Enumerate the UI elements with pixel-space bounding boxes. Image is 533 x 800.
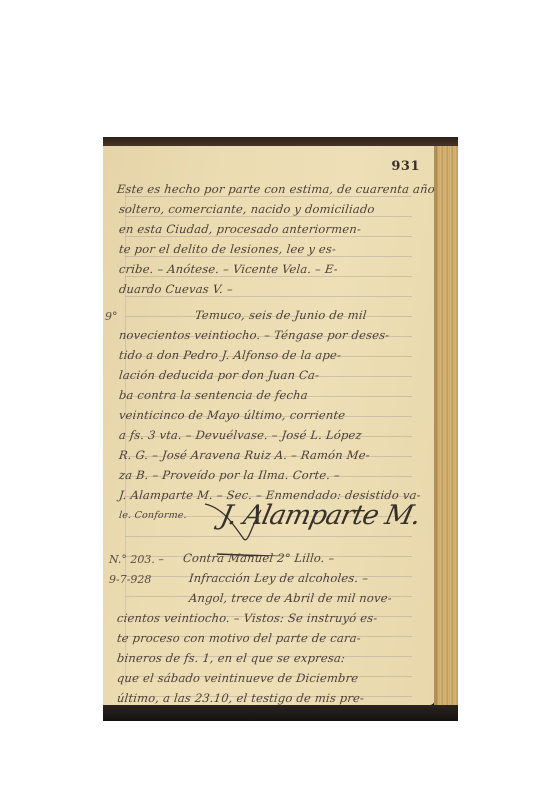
entry-3-line: que el sábado veintinueve de Diciembre [116, 671, 359, 685]
entry-3-line: Angol, trece de Abril de mil nove- [188, 591, 392, 605]
entry-1-line: soltero, comerciante, nacido y domicilia… [118, 202, 375, 216]
signature-text: J. Alamparte M. [218, 500, 423, 531]
entry-1-line: cribe. – Anótese. – Vicente Vela. – E- [118, 262, 338, 276]
entry-1-line: en esta Ciudad, procesado anteriormen- [118, 222, 362, 236]
entry-3-line: cientos veintiocho. – Vistos: Se instruy… [116, 611, 378, 625]
ruled-line [125, 236, 412, 237]
entry-2-line: tido a don Pedro J. Alfonso de la ape- [118, 348, 342, 362]
ruled-line [125, 216, 412, 217]
entry-3-line: bineros de fs. 1, en el que se expresa: [116, 651, 346, 665]
entry-2-line: za B. – Proveído por la Ilma. Corte. – [118, 468, 341, 482]
entry-3-line: último, a las 23.10, el testigo de mis p… [116, 691, 365, 705]
signature: J. Alamparte M. [203, 496, 373, 546]
entry-1-line: duardo Cuevas V. – [118, 282, 233, 296]
entry-3-line: Infracción Ley de alcoholes. – [188, 571, 369, 585]
book-bottom-shadow [103, 705, 458, 721]
entry-3-margin-date: 9-7-928 [109, 573, 151, 586]
entry-2-number: 9° [105, 310, 118, 323]
entry-2-line: Temuco, seis de Junio de mil [194, 308, 367, 322]
ruled-line [125, 296, 412, 297]
ruled-line [125, 276, 412, 277]
entry-2-line: lación deducida por don Juan Ca- [118, 368, 320, 382]
entry-3-line: Contra Manuel 2° Lillo. – [182, 551, 335, 565]
entry-2-line: a fs. 3 vta. – Devuélvase. – José L. Lóp… [118, 428, 362, 442]
document-photograph: 931 Este es hecho por parte con estima, … [103, 137, 458, 721]
entry-2-line: novecientos veintiocho. – Téngase por de… [118, 328, 390, 342]
ruled-line [125, 256, 412, 257]
ledger-page: 931 Este es hecho por parte con estima, … [103, 146, 434, 706]
entry-3-margin-number: N.° 203. – [109, 553, 164, 566]
entry-2-line: veinticinco de Mayo último, corriente [118, 408, 346, 422]
page-number: 931 [391, 159, 420, 174]
entry-1-line: te por el delito de lesiones, lee y es- [118, 242, 337, 256]
entry-2-line: le. Conforme. [118, 510, 187, 521]
book-fore-edge [434, 146, 458, 711]
entry-1-line: Este es hecho por parte con estima, de c… [116, 182, 445, 196]
ruled-line [125, 196, 412, 197]
entry-2-line: R. G. – José Aravena Ruiz A. – Ramón Me- [118, 448, 370, 462]
entry-3-line: te proceso con motivo del parte de cara- [116, 631, 361, 645]
entry-2-line: ba contra la sentencia de fecha [118, 388, 308, 402]
